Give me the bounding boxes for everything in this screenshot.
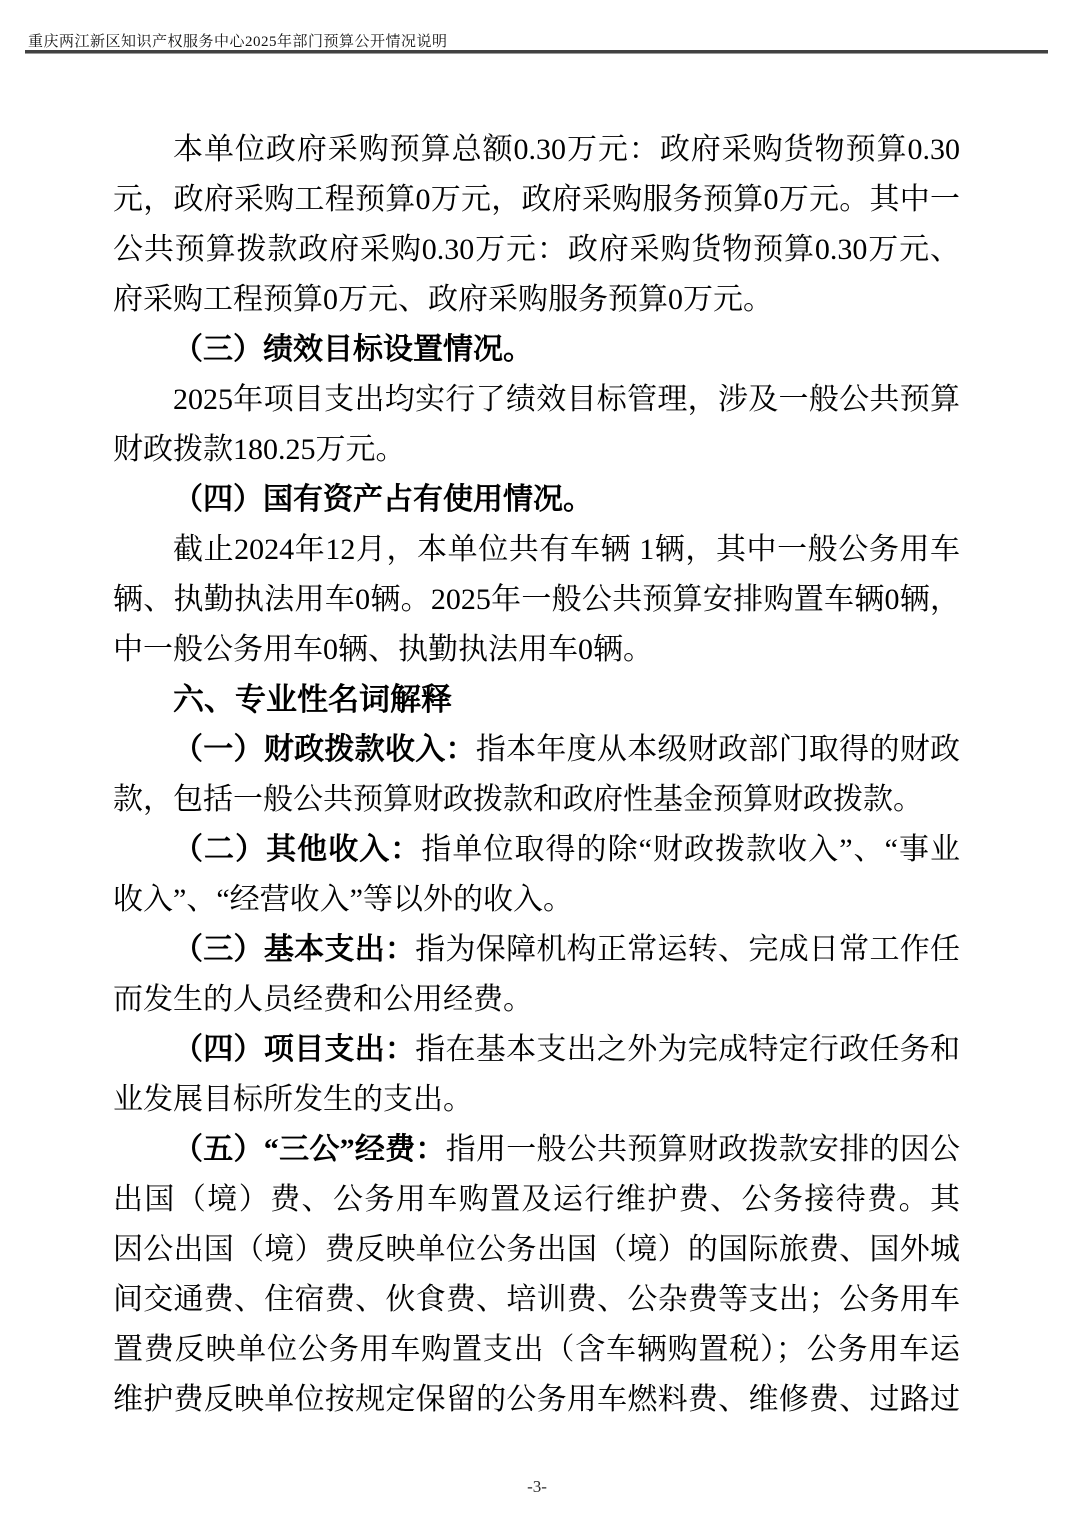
text-segment: 因公出国（境）费反映单位公务出国（境）的国际旅费、国外城市: [113, 1233, 960, 1275]
body-line: （一）财政拨款收入：指本年度从本级财政部门取得的财政拨: [113, 725, 960, 775]
emphasized-text: （三）绩效目标设置情况。: [173, 333, 533, 366]
body-line: 置费反映单位公务用车购置支出（含车辆购置税）；公务用车运行: [113, 1325, 960, 1375]
text-segment: 业发展目标所发生的支出。: [113, 1083, 473, 1116]
text-segment: 出国（境）费、公务用车购置及运行维护费、公务接待费。其中，: [113, 1183, 960, 1225]
text-segment: 间交通费、住宿费、伙食费、培训费、公杂费等支出；公务用车购: [113, 1283, 960, 1325]
text-segment: 指用一般公共预算财政拨款安排的因公: [446, 1133, 960, 1166]
body-line: 辆、执勤执法用车0辆。2025年一般公共预算安排购置车辆0辆，其: [113, 575, 960, 625]
body-line: 本单位政府采购预算总额0.30万元：政府采购货物预算0.30万: [113, 125, 960, 175]
section-heading: 六、专业性名词解释: [113, 675, 960, 725]
text-segment: 截止2024年12月，本单位共有车辆 1辆，其中一般公务用车1: [173, 533, 960, 575]
text-segment: 维护费反映单位按规定保留的公务用车燃料费、维修费、过路过桥: [113, 1383, 960, 1425]
emphasized-text: （二）其他收入：: [173, 833, 421, 866]
body-line: 截止2024年12月，本单位共有车辆 1辆，其中一般公务用车1: [113, 525, 960, 575]
document-body: 本单位政府采购预算总额0.30万元：政府采购货物预算0.30万元，政府采购工程预…: [113, 125, 960, 1425]
text-segment: 置费反映单位公务用车购置支出（含车辆购置税）；公务用车运行: [113, 1333, 960, 1375]
page-footer: -3-: [0, 1477, 1074, 1497]
document-page: 重庆两江新区知识产权服务中心2025年部门预算公开情况说明 本单位政府采购预算总…: [0, 0, 1074, 1520]
body-line: 元，政府采购工程预算0万元，政府采购服务预算0万元。其中一般: [113, 175, 960, 225]
text-segment: 中一般公务用车0辆、执勤执法用车0辆。: [113, 633, 653, 666]
body-line: 因公出国（境）费反映单位公务出国（境）的国际旅费、国外城市: [113, 1225, 960, 1275]
emphasized-text: （一）财政拨款收入：: [173, 733, 476, 766]
text-segment: 2025年项目支出均实行了绩效目标管理，涉及一般公共预算: [173, 383, 960, 416]
text-segment: 元，政府采购工程预算0万元，政府采购服务预算0万元。其中一般: [113, 183, 960, 225]
body-line: 款，包括一般公共预算财政拨款和政府性基金预算财政拨款。: [113, 775, 960, 825]
body-line: 收入”、“经营收入”等以外的收入。: [113, 875, 960, 925]
text-segment: 收入”、“经营收入”等以外的收入。: [113, 883, 573, 916]
body-line: 间交通费、住宿费、伙食费、培训费、公杂费等支出；公务用车购: [113, 1275, 960, 1325]
text-segment: 财政拨款180.25万元。: [113, 433, 406, 466]
text-segment: 指单位取得的除“财政拨款收入”、“事业: [421, 833, 960, 866]
text-segment: 辆、执勤执法用车0辆。2025年一般公共预算安排购置车辆0辆，其: [113, 583, 960, 625]
body-line: 中一般公务用车0辆、执勤执法用车0辆。: [113, 625, 960, 675]
emphasized-text: （五）“三公”经费：: [173, 1133, 446, 1166]
emphasized-text: （四）项目支出：: [173, 1033, 415, 1066]
body-line: 府采购工程预算0万元、政府采购服务预算0万元。: [113, 275, 960, 325]
section-heading: （三）绩效目标设置情况。: [113, 325, 960, 375]
emphasized-text: 六、专业性名词解释: [173, 682, 452, 717]
emphasized-text: （四）国有资产占有使用情况。: [173, 483, 593, 516]
header-rule: [25, 50, 1048, 54]
body-line: 业发展目标所发生的支出。: [113, 1075, 960, 1125]
emphasized-text: （三）基本支出：: [173, 933, 415, 966]
body-line: 维护费反映单位按规定保留的公务用车燃料费、维修费、过路过桥: [113, 1375, 960, 1425]
body-line: （三）基本支出：指为保障机构正常运转、完成日常工作任务: [113, 925, 960, 975]
body-line: 出国（境）费、公务用车购置及运行维护费、公务接待费。其中，: [113, 1175, 960, 1225]
body-line: （四）项目支出：指在基本支出之外为完成特定行政任务和事: [113, 1025, 960, 1075]
text-segment: 府采购工程预算0万元、政府采购服务预算0万元。: [113, 283, 773, 316]
page-number: -3-: [527, 1477, 547, 1496]
body-line: 而发生的人员经费和公用经费。: [113, 975, 960, 1025]
section-heading: （四）国有资产占有使用情况。: [113, 475, 960, 525]
body-line: 公共预算拨款政府采购0.30万元：政府采购货物预算0.30万元、政: [113, 225, 960, 275]
text-segment: 本单位政府采购预算总额0.30万元：政府采购货物预算0.30万: [173, 133, 960, 175]
body-line: 2025年项目支出均实行了绩效目标管理，涉及一般公共预算: [113, 375, 960, 425]
body-line: （二）其他收入：指单位取得的除“财政拨款收入”、“事业: [113, 825, 960, 875]
body-line: （五）“三公”经费：指用一般公共预算财政拨款安排的因公: [113, 1125, 960, 1175]
text-segment: 款，包括一般公共预算财政拨款和政府性基金预算财政拨款。: [113, 783, 923, 816]
document-header-title: 重庆两江新区知识产权服务中心2025年部门预算公开情况说明: [28, 30, 448, 51]
text-segment: 而发生的人员经费和公用经费。: [113, 983, 533, 1016]
body-line: 财政拨款180.25万元。: [113, 425, 960, 475]
text-segment: 公共预算拨款政府采购0.30万元：政府采购货物预算0.30万元、政: [113, 233, 960, 275]
